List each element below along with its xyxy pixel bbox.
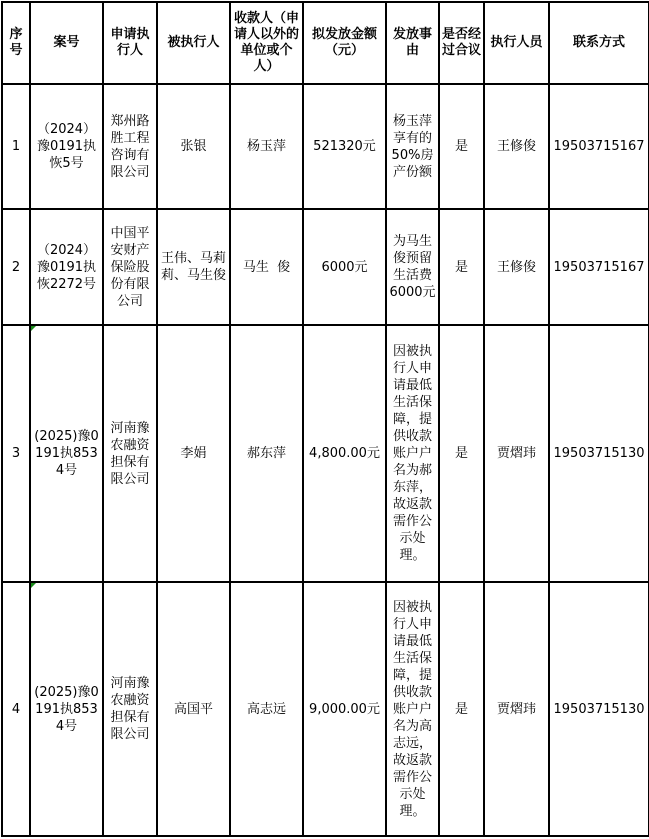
header-applicant[interactable]: 申请执行人 [103, 2, 157, 84]
cell-seq[interactable]: 3 [2, 325, 30, 582]
cell-respondent[interactable]: 李娟 [157, 325, 230, 582]
cell-officer[interactable]: 王修俊 [484, 84, 549, 209]
cell-applicant[interactable]: 河南豫农融资担保有限公司 [103, 582, 157, 836]
header-officer[interactable]: 执行人员 [484, 2, 549, 84]
cell-amount[interactable]: 6000元 [303, 209, 386, 325]
table-row: 2 （2024）豫0191执恢2272号 中国平安财产保险股份有限公司 王伟、马… [2, 209, 649, 325]
cell-amount[interactable]: 9,000.00元 [303, 582, 386, 836]
cell-seq[interactable]: 1 [2, 84, 30, 209]
cell-officer[interactable]: 王修俊 [484, 209, 549, 325]
cell-amount[interactable]: 4,800.00元 [303, 325, 386, 582]
cell-case-no-text: (2025)豫0191执8534号 [33, 428, 100, 479]
cell-deliberated[interactable]: 是 [439, 582, 484, 836]
header-payee[interactable]: 收款人（申请人以外的单位或个人） [230, 2, 303, 84]
cell-officer[interactable]: 贾熠玮 [484, 582, 549, 836]
cell-contact[interactable]: 19503715167 [549, 209, 649, 325]
cell-payee[interactable]: 高志远 [230, 582, 303, 836]
cell-officer[interactable]: 贾熠玮 [484, 325, 549, 582]
cell-reason[interactable]: 因被执行人申请最低生活保障，提供收款账户户名为高志远，故返款需作公示处理。 [386, 582, 439, 836]
cell-amount[interactable]: 521320元 [303, 84, 386, 209]
cell-applicant[interactable]: 郑州路胜工程咨询有限公司 [103, 84, 157, 209]
cell-case-no[interactable]: （2024）豫0191执恢2272号 [30, 209, 103, 325]
header-amount[interactable]: 拟发放金额（元） [303, 2, 386, 84]
header-seq[interactable]: 序号 [2, 2, 30, 84]
cell-case-no[interactable]: （2024）豫0191执恢5号 [30, 84, 103, 209]
cell-payee[interactable]: 郝东萍 [230, 325, 303, 582]
header-deliberated[interactable]: 是否经过合议 [439, 2, 484, 84]
header-row: 序号 案号 申请执行人 被执行人 收款人（申请人以外的单位或个人） 拟发放金额（… [2, 2, 649, 84]
header-respondent[interactable]: 被执行人 [157, 2, 230, 84]
cell-payee[interactable]: 马生 俊 [230, 209, 303, 325]
cell-deliberated[interactable]: 是 [439, 84, 484, 209]
cell-contact[interactable]: 19503715130 [549, 582, 649, 836]
cell-reason[interactable]: 因被执行人申请最低生活保障，提供收款账户户名为郝东萍，故返款需作公示处理。 [386, 325, 439, 582]
cell-case-no[interactable]: (2025)豫0191执8534号 [30, 325, 103, 582]
cell-case-no[interactable]: (2025)豫0191执8534号 [30, 582, 103, 836]
payment-disbursement-table: 序号 案号 申请执行人 被执行人 收款人（申请人以外的单位或个人） 拟发放金额（… [1, 1, 649, 837]
cell-reason[interactable]: 杨玉萍享有的50%房产份额 [386, 84, 439, 209]
header-case-no[interactable]: 案号 [30, 2, 103, 84]
cell-contact[interactable]: 19503715130 [549, 325, 649, 582]
cell-deliberated[interactable]: 是 [439, 325, 484, 582]
header-reason[interactable]: 发放事由 [386, 2, 439, 84]
cell-respondent[interactable]: 王伟、马莉莉、马生俊 [157, 209, 230, 325]
table-row: 1 （2024）豫0191执恢5号 郑州路胜工程咨询有限公司 张银 杨玉萍 52… [2, 84, 649, 209]
comment-marker-icon [31, 326, 36, 331]
cell-case-no-text: (2025)豫0191执8534号 [33, 684, 100, 735]
cell-reason[interactable]: 为马生俊预留生活费6000元 [386, 209, 439, 325]
cell-respondent[interactable]: 高国平 [157, 582, 230, 836]
cell-respondent[interactable]: 张银 [157, 84, 230, 209]
table-row: 3 (2025)豫0191执8534号 河南豫农融资担保有限公司 李娟 郝东萍 … [2, 325, 649, 582]
cell-seq[interactable]: 2 [2, 209, 30, 325]
cell-seq[interactable]: 4 [2, 582, 30, 836]
comment-marker-icon [31, 583, 36, 588]
cell-applicant[interactable]: 中国平安财产保险股份有限公司 [103, 209, 157, 325]
cell-contact[interactable]: 19503715167 [549, 84, 649, 209]
cell-deliberated[interactable]: 是 [439, 209, 484, 325]
cell-payee[interactable]: 杨玉萍 [230, 84, 303, 209]
header-contact[interactable]: 联系方式 [549, 2, 649, 84]
cell-applicant[interactable]: 河南豫农融资担保有限公司 [103, 325, 157, 582]
table-row: 4 (2025)豫0191执8534号 河南豫农融资担保有限公司 高国平 高志远… [2, 582, 649, 836]
